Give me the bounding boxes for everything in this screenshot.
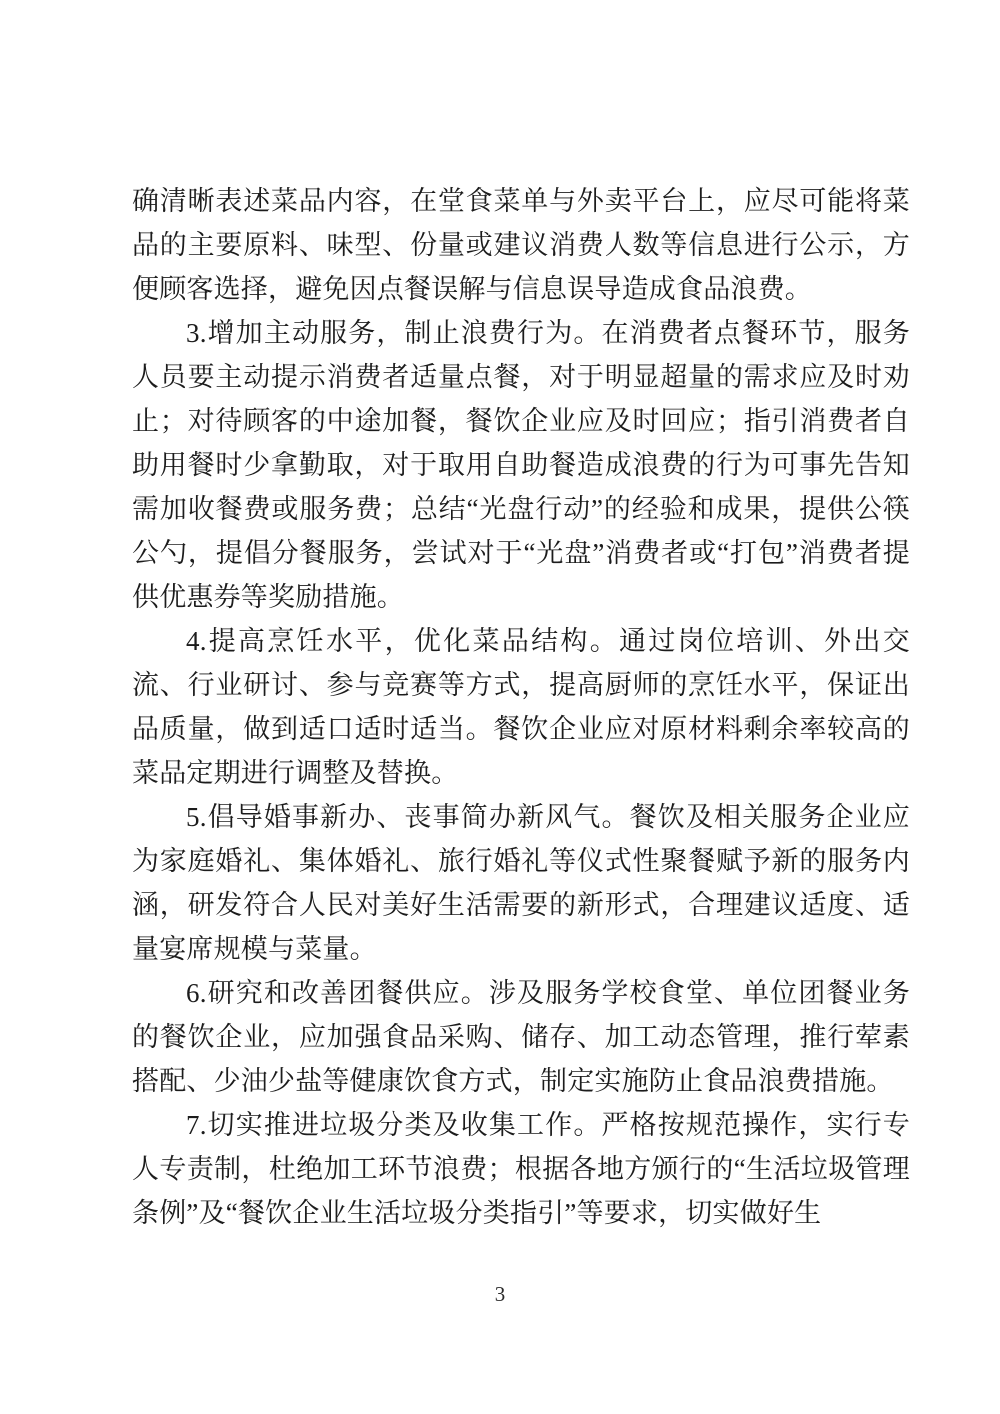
document-page: 确清晰表述菜品内容，在堂食菜单与外卖平台上，应尽可能将菜品的主要原料、味型、份量…: [0, 0, 1000, 1414]
paragraph: 确清晰表述菜品内容，在堂食菜单与外卖平台上，应尽可能将菜品的主要原料、味型、份量…: [132, 179, 910, 311]
paragraph: 5.倡导婚事新办、丧事简办新风气。餐饮及相关服务企业应为家庭婚礼、集体婚礼、旅行…: [132, 795, 910, 971]
page-number: 3: [0, 1282, 1000, 1307]
paragraph: 4.提高烹饪水平，优化菜品结构。通过岗位培训、外出交流、行业研讨、参与竞赛等方式…: [132, 619, 910, 795]
paragraph: 3.增加主动服务，制止浪费行为。在消费者点餐环节，服务人员要主动提示消费者适量点…: [132, 311, 910, 619]
body-text: 确清晰表述菜品内容，在堂食菜单与外卖平台上，应尽可能将菜品的主要原料、味型、份量…: [132, 179, 910, 1235]
paragraph: 6.研究和改善团餐供应。涉及服务学校食堂、单位团餐业务的餐饮企业，应加强食品采购…: [132, 971, 910, 1103]
paragraph: 7.切实推进垃圾分类及收集工作。严格按规范操作，实行专人专责制，杜绝加工环节浪费…: [132, 1103, 910, 1235]
